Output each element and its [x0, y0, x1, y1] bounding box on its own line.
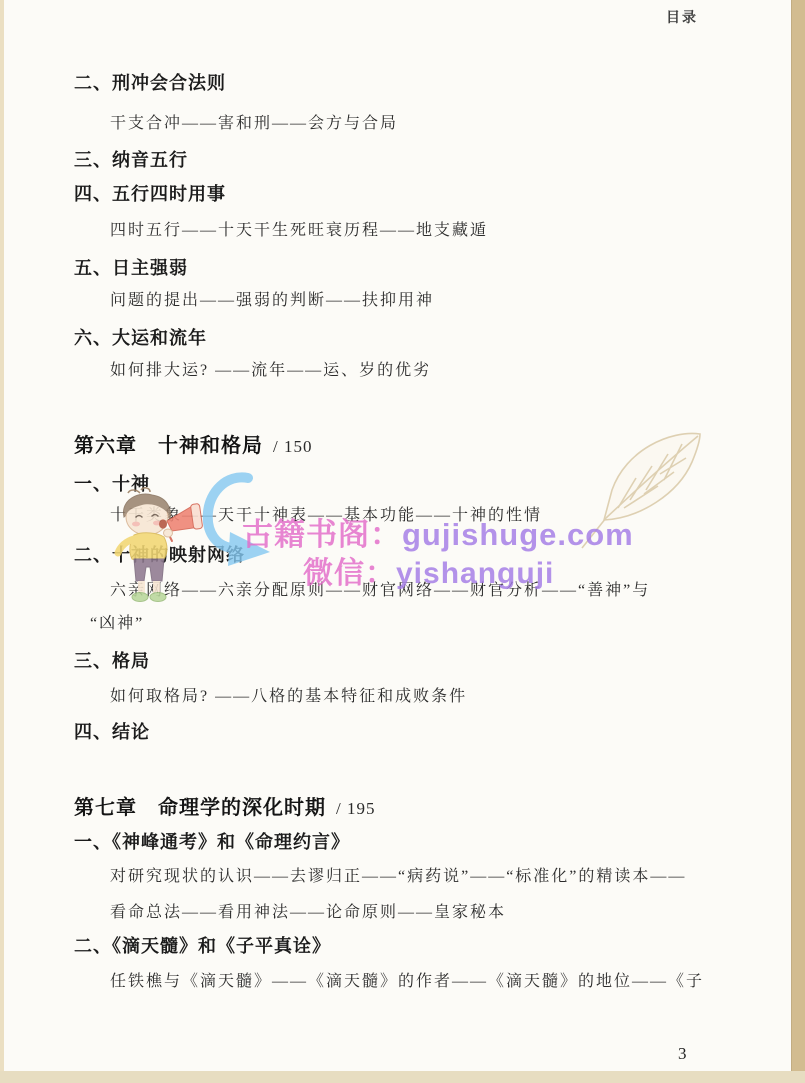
watermark-wechat-prefix: 微信：	[303, 557, 396, 590]
chapter-title: 第七章 命理学的深化时期	[74, 797, 326, 819]
chapter-page-ref: / 195	[336, 799, 375, 818]
watermark-wechat-line: 微信：yishanguji	[303, 548, 554, 592]
toc-section-heading: 一、《神峰通考》和《命理约言》	[74, 828, 350, 854]
scanned-book-page: 目录 二、刑冲会合法则 干支合冲——害和刑——会方与合局 三、纳音五行 四、五行…	[0, 0, 805, 1083]
toc-section-heading: 二、《滴天髓》和《子平真诠》	[74, 932, 331, 958]
chapter-title: 第六章 十神和格局	[74, 435, 263, 457]
toc-section-heading: 六、大运和流年	[74, 324, 207, 350]
toc-detail-line: 看命总法——看用神法——论命原则——皇家秘本	[110, 899, 506, 922]
watermark-site-url: gujishuge.com	[402, 517, 634, 552]
toc-detail-line: 问题的提出——强弱的判断——扶抑用神	[110, 287, 434, 310]
toc-detail-line: 任铁樵与《滴天髓》——《滴天髓》的作者——《滴天髓》的地位——《子	[110, 968, 704, 991]
toc-detail-line: 如何排大运? ——流年——运、岁的优劣	[110, 357, 431, 380]
toc-section-heading: 四、结论	[74, 718, 150, 744]
toc-section-heading: 三、纳音五行	[74, 146, 188, 172]
watermark-wechat-id: yishanguji	[396, 557, 554, 590]
toc-detail-line: 对研究现状的认识——去谬归正——“病药说”——“标准化”的精读本——	[110, 863, 686, 886]
chapter-page-ref: / 150	[273, 437, 312, 456]
toc-section-heading: 二、刑冲会合法则	[74, 69, 226, 95]
watermark-site-prefix: 古籍书阁：	[242, 517, 402, 552]
toc-section-heading: 三、格局	[74, 647, 150, 673]
toc-section-heading: 五、日主强弱	[74, 254, 188, 280]
toc-detail-line: 四时五行——十天干生死旺衰历程——地支藏遁	[110, 217, 488, 240]
scan-edge-left	[0, 0, 4, 1083]
page-number: 3	[678, 1044, 687, 1064]
toc-chapter-heading: 第六章 十神和格局/ 150	[74, 429, 312, 458]
toc-section-heading: 四、五行四时用事	[74, 180, 226, 206]
toc-detail-line: 干支合冲——害和刑——会方与合局	[110, 110, 398, 133]
toc-detail-line: 如何取格局? ——八格的基本特征和成败条件	[110, 683, 467, 706]
scan-edge-right	[791, 0, 805, 1083]
scan-edge-bottom	[0, 1071, 805, 1083]
page-header-title: 目录	[666, 7, 698, 27]
toc-chapter-heading: 第七章 命理学的深化时期/ 195	[74, 791, 375, 820]
toc-detail-continuation: “凶神”	[90, 610, 144, 633]
